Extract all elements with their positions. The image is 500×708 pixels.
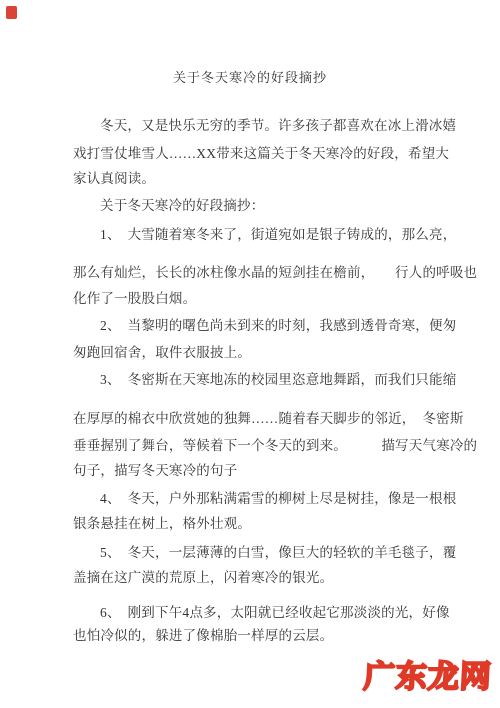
text-line: 家认真阅读。 [73,171,473,186]
text-line: 垂垂握别了舞台，等候着下一个冬天的到来。 描写天气寒冷的 [73,438,473,453]
text-line: 2、 当黎明的曙色尚未到来的时刻，我感到透骨奇寒，便匆 [100,318,500,333]
text-line: 6、 刚到下午4点多，太阳就已经收起它那淡淡的光，好像 [100,605,500,620]
text-line: 冬天，又是快乐无穷的季节。许多孩子都喜欢在冰上滑冰嬉 [100,118,500,133]
corner-seal-icon [6,6,17,19]
text-line: 1、 大雪随着寒冬来了，街道宛如是银子铸成的，那么亮， [100,227,500,242]
document-page: 关于冬天寒冷的好段摘抄 冬天，又是快乐无穷的季节。许多孩子都喜欢在冰上滑冰嬉 戏… [0,0,500,708]
text-line: 3、 冬密斯在天寒地冻的校园里恣意地舞蹈，而我们只能缩 [100,372,500,387]
text-line: 在厚厚的棉衣中欣赏她的独舞……随着春天脚步的邻近， 冬密斯 [73,411,473,426]
text-line: 关于冬天寒冷的好段摘抄： [100,198,500,213]
text-line: 4、 冬天，户外那粘满霜雪的柳树上尽是树挂，像是一根根 [100,491,500,506]
text-line: 5、 冬天，一层薄薄的白雪，像巨大的轻软的羊毛毯子，覆 [100,545,500,560]
site-watermark: 广东龙网 [363,651,493,696]
text-line: 匆跑回宿舍，取件衣服披上。 [73,345,473,360]
text-line: 也怕冷似的，躲进了像棉胎一样厚的云层。 [73,628,473,643]
text-line: 句子，描写冬天寒冷的句子 [73,463,473,478]
text-line: 盖摘在这广漠的荒原上，闪着寒冷的银光。 [73,570,473,585]
text-line: 化作了一股股白烟。 [73,291,473,306]
text-line: 戏打雪仗堆雪人……XX带来这篇关于冬天寒冷的好段，希望大 [73,146,473,161]
document-title: 关于冬天寒冷的好段摘抄 [0,67,500,86]
text-line: 银条悬挂在树上，格外壮观。 [73,516,473,531]
text-line: 那么有灿烂，长长的冰柱像水晶的短剑挂在檐前， 行人的呼吸也 [73,265,473,280]
